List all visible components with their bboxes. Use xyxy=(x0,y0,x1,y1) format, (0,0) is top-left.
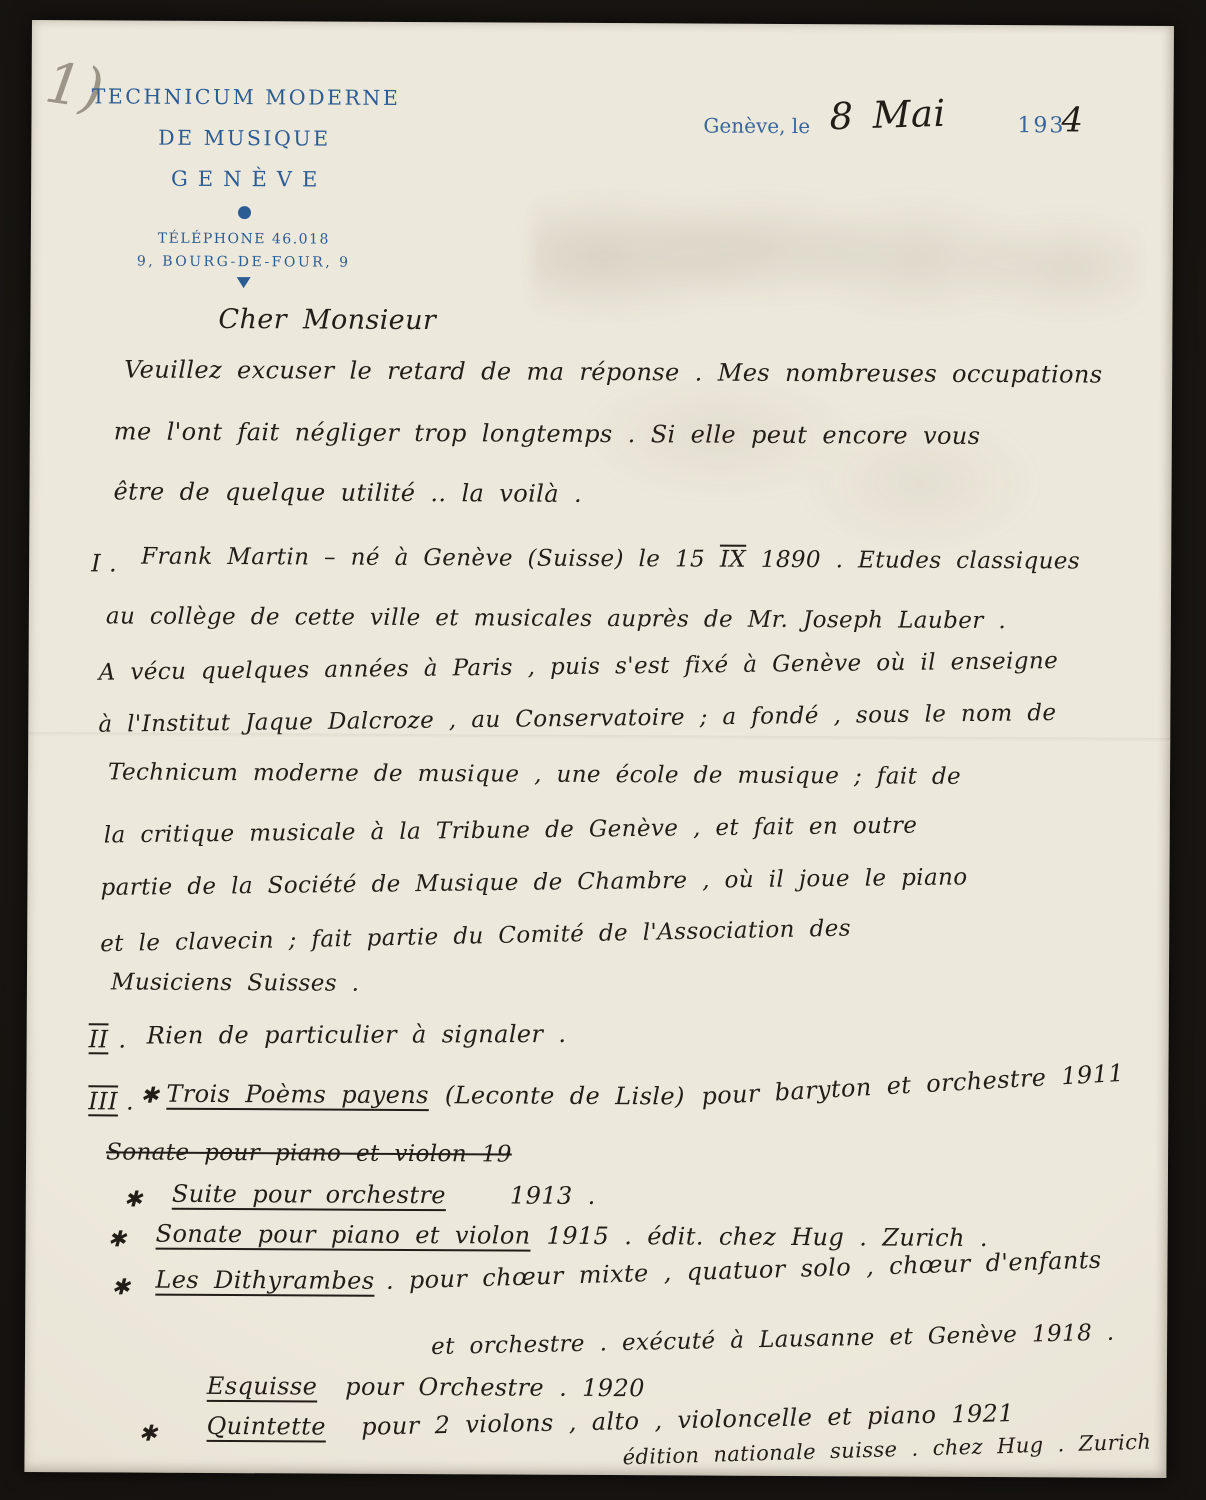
intro-line-1: Veuillez excuser le retard de ma réponse… xyxy=(124,354,1103,389)
section-2-text: Rien de particulier à signaler . xyxy=(147,1019,567,1050)
letterhead: TECHNICUM MODERNE DE MUSIQUE GENÈVE TÉLÉ… xyxy=(91,84,398,289)
bio-line-9: Musiciens Suisses . xyxy=(111,968,360,998)
work-esquisse: Esquissepour Orchestre . 1920 xyxy=(207,1371,645,1403)
letterhead-address: 9, BOURG-DE-FOUR, 9 xyxy=(91,253,397,271)
roman-numeral-1-glyph: I xyxy=(91,549,101,577)
bio-line-1: Frank Martin – né à Genève (Suisse) le 1… xyxy=(141,543,1080,577)
letterhead-city: GENÈVE xyxy=(91,166,397,192)
asterisk-icon: ✱ xyxy=(111,1274,130,1302)
asterisk-icon: ✱ xyxy=(139,1421,158,1449)
letterhead-name-line1: TECHNICUM MODERNE xyxy=(92,84,398,110)
asterisk-icon: ✱ xyxy=(140,1083,159,1111)
bio-line-1-end: 1890 . Etudes classiques xyxy=(746,547,1080,575)
bio-line-4: à l'Institut Jaque Dalcroze , au Conserv… xyxy=(98,699,1056,739)
roman-numeral-3-dot: . xyxy=(126,1088,134,1116)
ink-bleedthrough-ghost xyxy=(530,171,1141,344)
work-esquisse-title: Esquisse xyxy=(207,1372,318,1401)
work-sonate-detail: 1915 . édit. chez Hug . Zurich . xyxy=(547,1222,988,1252)
roman-numeral-1: I. xyxy=(91,548,117,578)
work-poemes: Trois Poèms payens(Leconte de Lisle)pour… xyxy=(166,1079,1126,1114)
bio-line-6: la critique musicale à la Tribune de Gen… xyxy=(104,812,918,851)
letterhead-telephone: TÉLÉPHONE 46.018 xyxy=(91,230,397,248)
work-suite-detail: 1913 . xyxy=(510,1182,596,1210)
bio-line-1-text: Frank Martin – né à Genève (Suisse) le 1… xyxy=(141,544,720,573)
work-suite: Suite pour orchestre1913 . xyxy=(172,1179,596,1211)
bio-line-2: au collège de cette ville et musicales a… xyxy=(106,602,1006,635)
asterisk-icon: ✱ xyxy=(108,1226,127,1254)
intro-line-2: me l'ont fait négliger trop longtemps . … xyxy=(114,416,981,451)
work-sonate-title: Sonate pour piano et violon xyxy=(156,1220,531,1250)
dateline-handwritten-day: 8 Mai xyxy=(829,91,946,141)
intro-line-3: être de quelque utilité .. la voilà . xyxy=(113,476,582,508)
work-dithyrambes-detail: . pour chœur mixte , quatuor solo , chœu… xyxy=(386,1245,1102,1296)
roman-month-numeral: IX xyxy=(720,547,746,573)
roman-numeral-2-glyph: II xyxy=(89,1025,109,1053)
work-esquisse-detail: pour Orchestre . 1920 xyxy=(345,1373,645,1403)
scan-background: 1) TECHNICUM MODERNE DE MUSIQUE GENÈVE T… xyxy=(0,0,1206,1500)
roman-numeral-2-dot: . xyxy=(118,1025,126,1053)
work-sonate: Sonate pour piano et violon1915 . édit. … xyxy=(156,1219,988,1253)
dot-ornament-icon xyxy=(237,206,250,219)
roman-numeral-2: II. xyxy=(89,1024,127,1054)
dateline-printed-prefix: Genève, le xyxy=(703,114,810,139)
work-suite-title: Suite pour orchestre xyxy=(172,1180,446,1209)
work-dithyrambes-title: Les Dithyrambes xyxy=(155,1266,374,1295)
letterhead-name-line2: DE MUSIQUE xyxy=(91,125,397,151)
roman-numeral-3: III. xyxy=(88,1086,134,1116)
salutation: Cher Monsieur xyxy=(218,303,436,338)
work-dithyrambes: Les Dithyrambes. pour chœur mixte , quat… xyxy=(155,1265,1102,1300)
crossed-out-entry: Sonate pour piano et violon 19 xyxy=(106,1138,512,1169)
bio-line-8: et le clavecin ; fait partie du Comité d… xyxy=(100,914,851,958)
work-quintette-title: Quintette xyxy=(207,1412,326,1441)
asterisk-icon: ✱ xyxy=(124,1186,143,1214)
work-dithyrambes-detail-2: et orchestre . exécuté à Lausanne et Gen… xyxy=(431,1319,1115,1362)
dateline-printed-year: 193 xyxy=(1017,113,1065,138)
work-poemes-title: Trois Poèms payens xyxy=(166,1080,429,1109)
bio-line-3: A vécu quelques années à Paris , puis s'… xyxy=(98,647,1058,687)
work-poemes-detail: pour baryton et orchestre 1911 xyxy=(701,1058,1125,1112)
work-poemes-author: (Leconte de Lisle) xyxy=(445,1081,685,1110)
roman-numeral-1-dot: . xyxy=(109,549,117,577)
roman-numeral-3-glyph: III xyxy=(88,1087,118,1115)
dateline-handwritten-year-digit: 4 xyxy=(1061,99,1083,142)
bio-line-7: partie de la Société de Musique de Chamb… xyxy=(100,863,967,902)
bio-line-5: Technicum moderne de musique , une école… xyxy=(108,758,961,791)
triangle-ornament-icon xyxy=(237,277,251,288)
letter-page: 1) TECHNICUM MODERNE DE MUSIQUE GENÈVE T… xyxy=(24,20,1174,1478)
